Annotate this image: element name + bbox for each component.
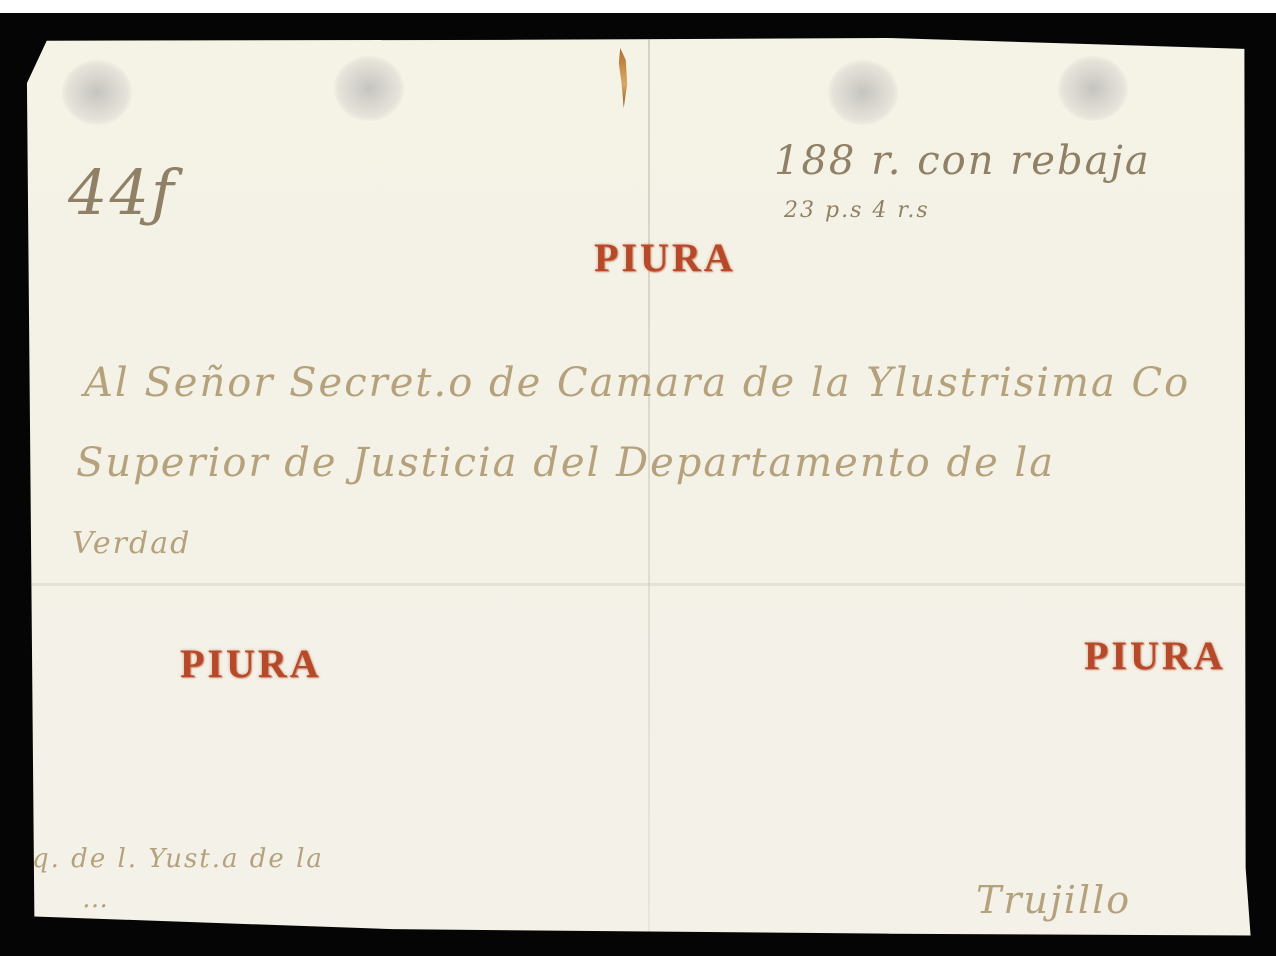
piura-postmark-right: PIURA bbox=[1084, 632, 1226, 679]
footer-note-left: q. de l. Yust.a de la bbox=[32, 844, 324, 874]
manuscript-rate-sub: 23 p.s 4 r.s bbox=[784, 198, 930, 223]
footer-note-left-2: … bbox=[82, 884, 110, 914]
piura-postmark-top: PIURA bbox=[594, 234, 736, 281]
address-line-2: Superior de Justicia del Departamento de… bbox=[76, 440, 1055, 486]
paper-tear bbox=[616, 48, 630, 108]
wax-seal-stain bbox=[62, 60, 132, 125]
letter-cover: 44ƒ 188 r. con rebaja 23 p.s 4 r.s PIURA… bbox=[22, 38, 1258, 940]
address-line-1: Al Señor Secret.o de Camara de la Ylustr… bbox=[84, 360, 1190, 406]
vertical-fold-line bbox=[648, 38, 650, 940]
manuscript-rate-left: 44ƒ bbox=[68, 156, 176, 229]
manuscript-rate-right: 188 r. con rebaja bbox=[774, 138, 1151, 184]
piura-postmark-left: PIURA bbox=[180, 640, 322, 687]
wax-seal-stain bbox=[828, 60, 898, 125]
destination-trujillo: Trujillo bbox=[976, 878, 1131, 922]
address-line-3: Verdad bbox=[72, 526, 191, 561]
horizontal-fold-line bbox=[22, 583, 1258, 586]
wax-seal-stain bbox=[334, 56, 404, 121]
wax-seal-stain bbox=[1058, 56, 1128, 121]
